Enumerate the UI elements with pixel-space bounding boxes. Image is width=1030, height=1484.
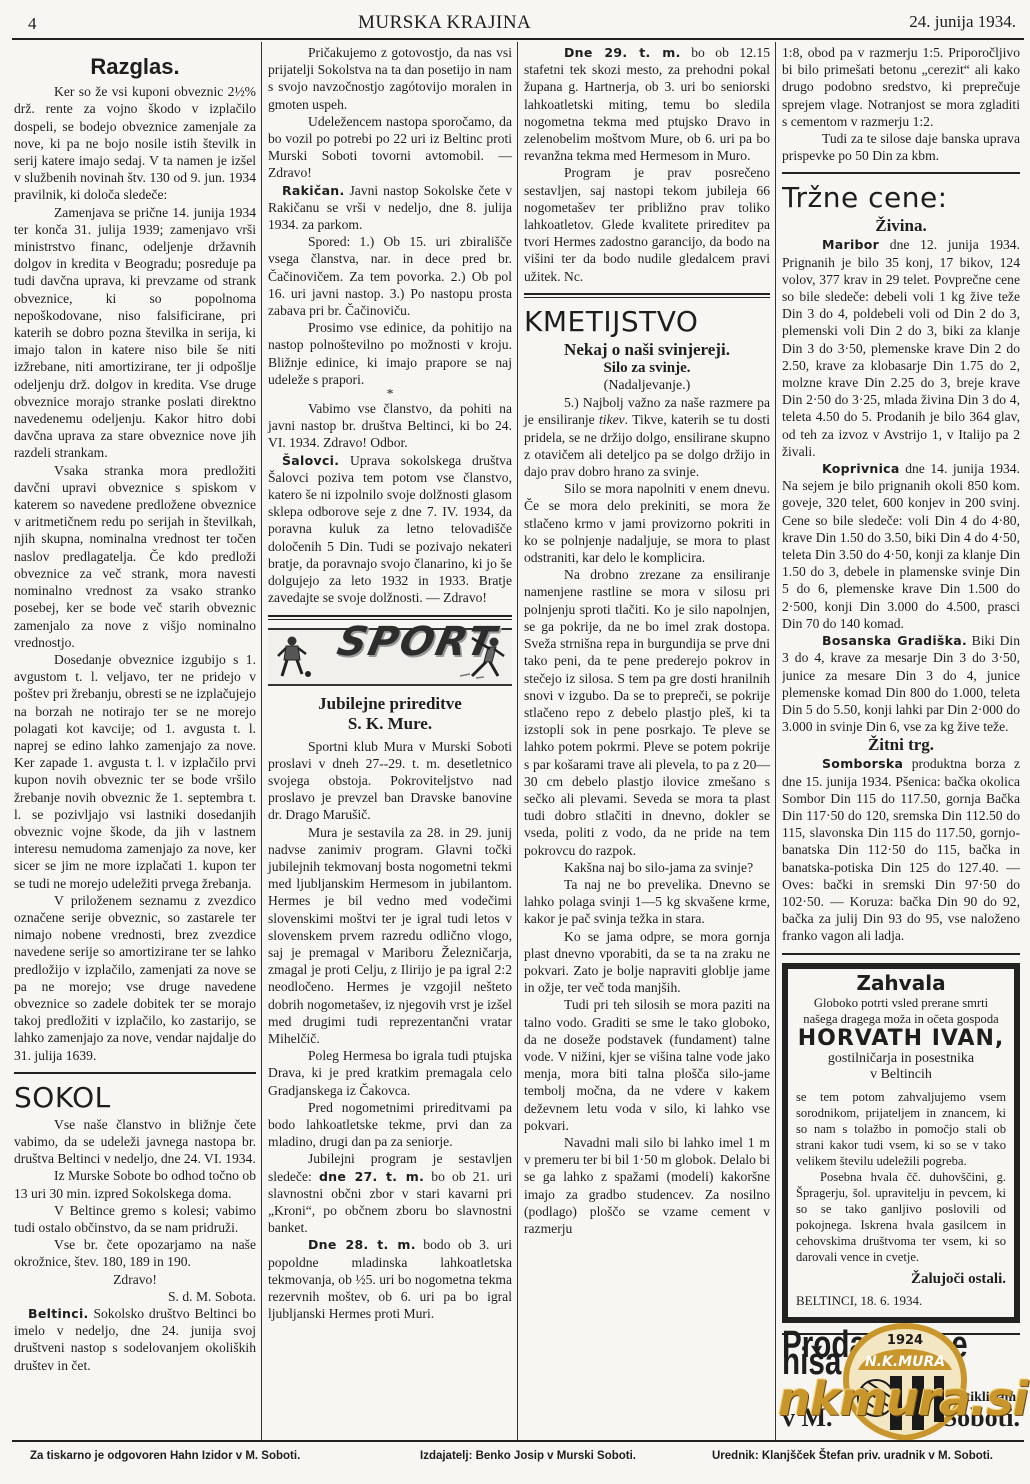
date-keyword: dne 27. t. m. — [319, 1169, 424, 1184]
paragraph: Vsaka stranka mora predložiti davčni upr… — [14, 462, 256, 651]
paragraph: Bosanska Gradiška. Biki Din 3 do 4, krav… — [782, 632, 1020, 735]
footballer-right-icon — [458, 634, 508, 680]
paragraph-text: produktna borza z dne 15. junija 1934. P… — [782, 756, 1020, 943]
date-keyword: Dne 28. t. m. — [308, 1237, 416, 1252]
paragraph: Udeležencem nastopa sporočamo, da bo voz… — [268, 113, 512, 182]
paragraph: Pred nogometnimi prireditvami pa bodo la… — [268, 1099, 512, 1151]
paragraph-text: Uprava sokolskega društva Šalovci poziva… — [268, 453, 512, 606]
place-keyword: Somborska — [822, 756, 903, 771]
signature: S. d. M. Sobota. — [14, 1288, 256, 1305]
separator-star: * — [268, 388, 512, 400]
section-rule — [524, 293, 770, 298]
column-1: Razglas. Ker so že vsi kuponi obveznic 2… — [14, 44, 256, 1438]
article-mura-jubilee: Jubilejne prireditve S. K. Mure. Sportni… — [268, 694, 512, 1323]
paragraph: 1:8, obod pa v razmerju 1:5. Priporočlji… — [782, 44, 1020, 130]
sport-banner: SPORT — [268, 628, 512, 686]
paragraph: Dne 29. t. m. bo ob 12.15 stafetni tek s… — [524, 44, 770, 164]
paragraph: Ta naj ne bo prevelika. Dnevno se lahko … — [524, 876, 770, 928]
crest-year: 1924 — [887, 1333, 923, 1348]
paragraph-text: dne 12. junija 1934. Prignanih je bilo 3… — [782, 237, 1020, 458]
column-divider — [775, 42, 776, 1440]
footballer-left-icon — [272, 634, 316, 680]
paragraph: Ko se jama odpre, se mora gornja plast d… — [524, 928, 770, 997]
paragraph: Somborska produktna borza z dne 15. juni… — [782, 755, 1020, 944]
paragraph: Kakšna naj bo silo-jama za svinje? — [524, 859, 770, 876]
column-divider — [517, 42, 518, 1440]
paragraph-beltinci: Beltinci. Sokolsko društvo Beltinci bo i… — [14, 1305, 256, 1374]
paragraph: Pričakujemo z gotovostjo, da nas vsi pri… — [268, 44, 512, 113]
paragraph: Jubilejni program je sestavljen sledeče:… — [268, 1150, 512, 1236]
paragraph: Dosedanje obveznice izgubijo s 1. avgust… — [14, 651, 256, 892]
printer-credit: Za tiskarno je odgovoren Hahn Izidor v M… — [30, 1450, 300, 1462]
paragraph: Navadni mali silo bi lahko imel 1 m v pr… — [524, 1134, 770, 1237]
paragraph: Posebna hvala čč. duhovščini, g. Šprager… — [796, 1169, 1006, 1265]
paragraph: Vse br. čete opozarjamo na naše okrožnic… — [14, 1236, 256, 1270]
place-keyword: Beltinci. — [28, 1306, 89, 1321]
section-title: SOKOL — [14, 1082, 256, 1114]
paragraph: Iz Murske Sobote bo odhod točno ob 13 ur… — [14, 1167, 256, 1201]
nkmura-watermark: 1924 N.K.MURA nkmura.si — [778, 1322, 1030, 1444]
article-title: Nekaj o naši svinjereji. — [524, 340, 770, 360]
article-market-prices: Tržne cene: Živina. Maribor dne 12. juni… — [782, 182, 1020, 944]
paragraph: Ker so že vsi kuponi obveznic 2½% drž. r… — [14, 83, 256, 203]
subsection-title: Žitni trg. — [782, 735, 1020, 755]
crest-club: N.K.MURA — [865, 1354, 945, 1370]
newspaper-title: MURSKA KRAJINA — [358, 12, 531, 34]
column-4: 1:8, obod pa v razmerju 1:5. Priporočlji… — [782, 44, 1020, 1438]
paragraph: Prosimo vse edinice, da pohitijo na nast… — [268, 319, 512, 388]
column-2: Pričakujemo z gotovostjo, da nas vsi pri… — [268, 44, 512, 1438]
paragraph: Koprivnica dne 14. junija 1934. Na sejem… — [782, 460, 1020, 632]
paragraph: 5.) Najbolj važno za naše razmere pa je … — [524, 394, 770, 480]
section-rule — [14, 1072, 256, 1074]
article-subtitle: Silo za svinje. — [524, 360, 770, 377]
article-razglas: Razglas. Ker so že vsi kuponi obveznic 2… — [14, 58, 256, 1064]
publisher-credit: Izdajatelj: Benko Josip v Murski Soboti. — [420, 1450, 636, 1462]
page-number: 4 — [28, 14, 37, 34]
column-divider — [261, 42, 262, 1440]
column-3: Dne 29. t. m. bo ob 12.15 stafetni tek s… — [524, 44, 770, 1438]
watermark-site: nkmura.si — [778, 1372, 1027, 1426]
paragraph: Na drobno zrezane za ensiliranje namenje… — [524, 566, 770, 858]
notice-intro: Globoko potrti vsled prerane smrti našeg… — [796, 995, 1006, 1027]
deceased-name: HORVATH IVAN, — [796, 1031, 1006, 1047]
masthead-rule — [12, 38, 1024, 40]
paragraph: Vabimo vse članstvo, da pohiti na javni … — [268, 400, 512, 452]
date-keyword: Dne 29. t. m. — [564, 45, 681, 60]
masthead: 4 MURSKA KRAJINA 24. junija 1934. — [0, 0, 1024, 40]
section-rule — [782, 953, 1020, 955]
deceased-place: v Beltincih — [796, 1067, 1006, 1083]
paragraph: Tudi pri teh silosih se mora paziti na t… — [524, 996, 770, 1134]
paragraph: Poleg Hermesa bo igrala tudi ptujska Dra… — [268, 1047, 512, 1099]
article-kmetijstvo: KMETIJSTVO Nekaj o naši svinjereji. Silo… — [524, 306, 770, 1237]
paragraph-text: bo ob 12.15 stafetni tek skozi mesto, za… — [524, 45, 770, 163]
paragraph-text: Biki Din 3 do 4, krave za mesarje Din 3 … — [782, 633, 1020, 734]
notice-title: Zahvala — [796, 975, 1006, 991]
article-title: Jubilejne prireditve — [268, 694, 512, 714]
paragraph: Dne 28. t. m. bodo ob 3. uri popoldne ml… — [268, 1236, 512, 1322]
paragraph-salovci: Šalovci. Uprava sokolskega društva Šalov… — [268, 452, 512, 607]
paragraph-text: dne 14. junija 1934. Na sejem je bilo pr… — [782, 461, 1020, 631]
paragraph: Program je prav posrečeno sestavljen, sa… — [524, 164, 770, 284]
paragraph: V priloženem seznamu z zvezdico označene… — [14, 892, 256, 1064]
emphasis: tikev — [599, 412, 625, 427]
paragraph: Zamenjava se prične 14. junija 1934 ter … — [14, 204, 256, 462]
editor-credit: Urednik: Klanjšček Štefan priv. uradnik … — [712, 1450, 993, 1462]
paragraph: se tem potom zahvaljujemo vsem sorodniko… — [796, 1089, 1006, 1169]
section-title: Tržne cene: — [782, 182, 1020, 214]
place-keyword: Bosanska Gradiška. — [822, 633, 967, 648]
place-keyword: Maribor — [822, 237, 879, 252]
place-date: BELTINCI, 18. 6. 1934. — [796, 1293, 1006, 1309]
deceased-role: gostilničarja in posestnika — [796, 1051, 1006, 1067]
paragraph: Spored: 1.) Ob 15. uri zbirališče vsega … — [268, 233, 512, 319]
subsection-title: Živina. — [782, 216, 1020, 236]
paragraph: Mura je sestavila za 28. in 29. junij na… — [268, 824, 512, 1048]
place-keyword: Rakičan. — [282, 183, 345, 198]
paragraph: Vse naše članstvo in bližnje čete vabimo… — [14, 1116, 256, 1168]
place-keyword: Koprivnica — [822, 461, 900, 476]
imprint-footer: Za tiskarno je odgovoren Hahn Izidor v M… — [12, 1440, 1024, 1442]
paragraph: Silo se mora napolniti v enem dnevu. Če … — [524, 480, 770, 566]
issue-date: 24. junija 1934. — [909, 12, 1016, 32]
greeting: Zdravo! — [14, 1271, 256, 1288]
paragraph: Sportni klub Mura v Murski Soboti prosla… — [268, 738, 512, 824]
paragraph: Tudi za te silose daje banska uprava pri… — [782, 130, 1020, 164]
paragraph: V Beltince gremo s kolesi; vabimo tudi o… — [14, 1202, 256, 1236]
place-keyword: Šalovci. — [282, 453, 339, 468]
paragraph-rakican: Rakičan. Javni nastop Sokolske čete v Ra… — [268, 182, 512, 234]
article-title: Razglas. — [14, 58, 256, 75]
obituary-thanks-notice: Zahvala Globoko potrti vsled prerane smr… — [782, 963, 1020, 1323]
section-rule — [782, 172, 1020, 174]
section-title: KMETIJSTVO — [524, 306, 770, 338]
signature: Žalujoči ostali. — [796, 1271, 1006, 1287]
paragraph: Maribor dne 12. junija 1934. Prignanih j… — [782, 236, 1020, 460]
article-subtitle: S. K. Mure. — [268, 714, 512, 734]
continuation-note: (Nadaljevanje.) — [524, 377, 770, 394]
article-sokol: SOKOL Vse naše članstvo in bližnje čete … — [14, 1082, 256, 1374]
